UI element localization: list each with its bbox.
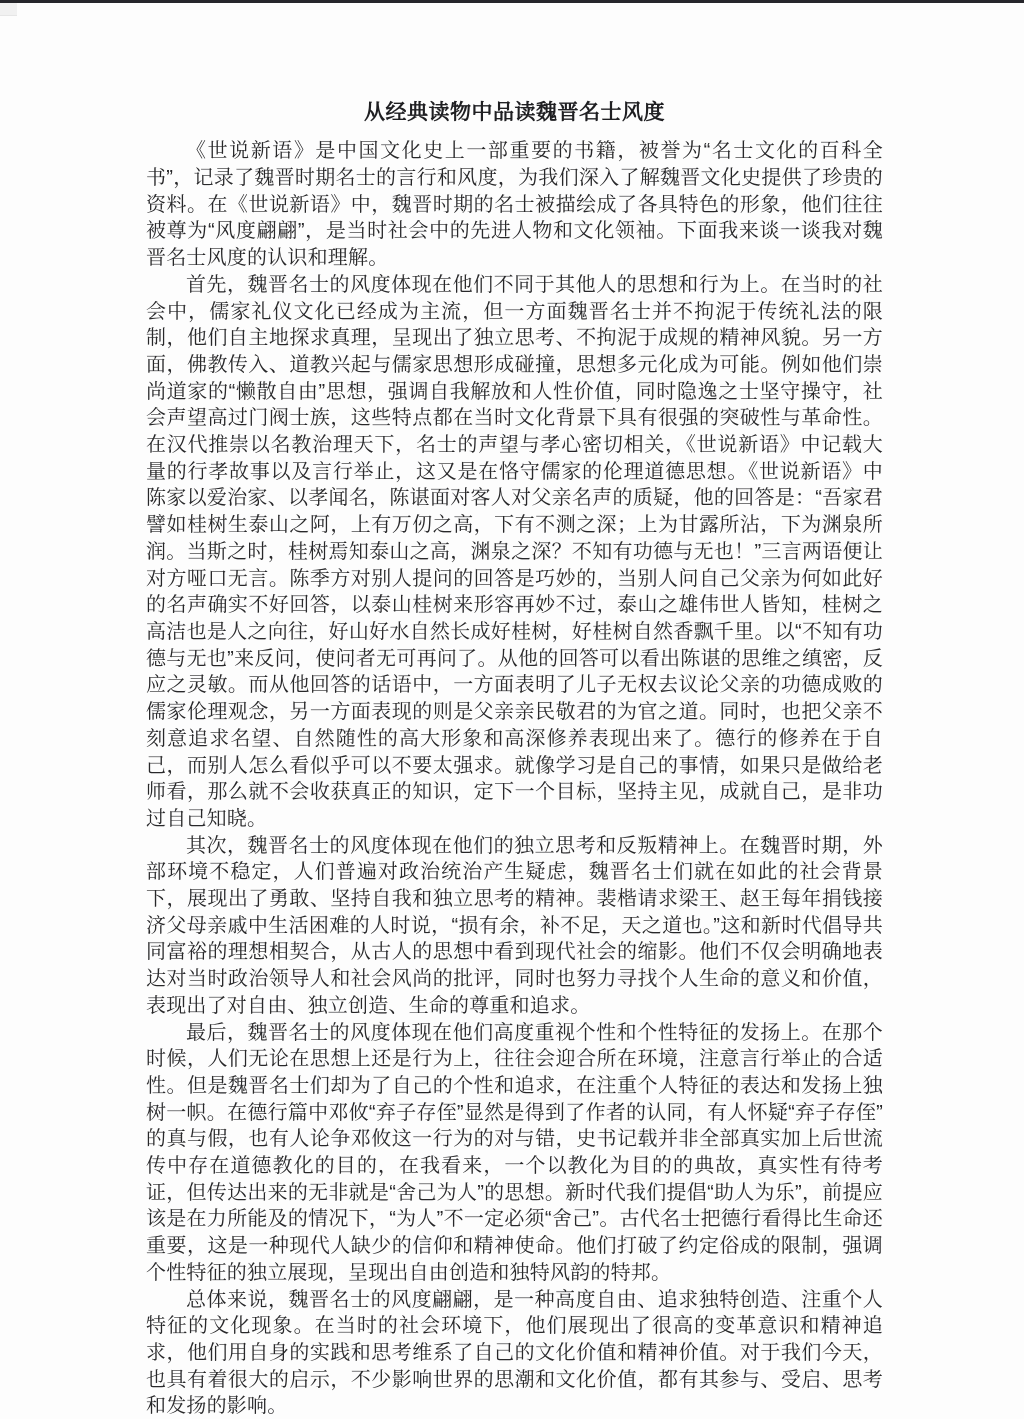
- essay-paragraph-second-point: 其次，魏晋名士的风度体现在他们的独立思考和反叛精神上。在魏晋时期，外部环境不稳定…: [146, 833, 883, 1020]
- essay-paragraph-third-point: 最后，魏晋名士的风度体现在他们高度重视个性和个性特征的发扬上。在那个时候，人们无…: [146, 1020, 883, 1287]
- essay-title: 从经典读物中品读魏晋名士风度: [146, 99, 883, 127]
- photo-corner-artifact: [0, 3, 17, 16]
- photo-edge-strip: [0, 0, 1024, 3]
- essay-paragraph-intro: 《世说新语》是中国文化史上一部重要的书籍，被誉为“名士文化的百科全书”，记录了魏…: [146, 138, 883, 272]
- essay-paragraph-conclusion: 总体来说，魏晋名士的风度翩翩，是一种高度自由、追求独特创造、注重个人特征的文化现…: [146, 1287, 883, 1419]
- scanned-document-photo: { "essay": { "title": "从经典读物中品读魏晋名士风度", …: [0, 0, 1024, 1419]
- essay-body: 《世说新语》是中国文化史上一部重要的书籍，被誉为“名士文化的百科全书”，记录了魏…: [146, 138, 883, 1419]
- document-page: 从经典读物中品读魏晋名士风度 《世说新语》是中国文化史上一部重要的书籍，被誉为“…: [146, 99, 883, 1419]
- essay-paragraph-first-point: 首先，魏晋名士的风度体现在他们不同于其他人的思想和行为上。在当时的社会中，儒家礼…: [146, 272, 883, 833]
